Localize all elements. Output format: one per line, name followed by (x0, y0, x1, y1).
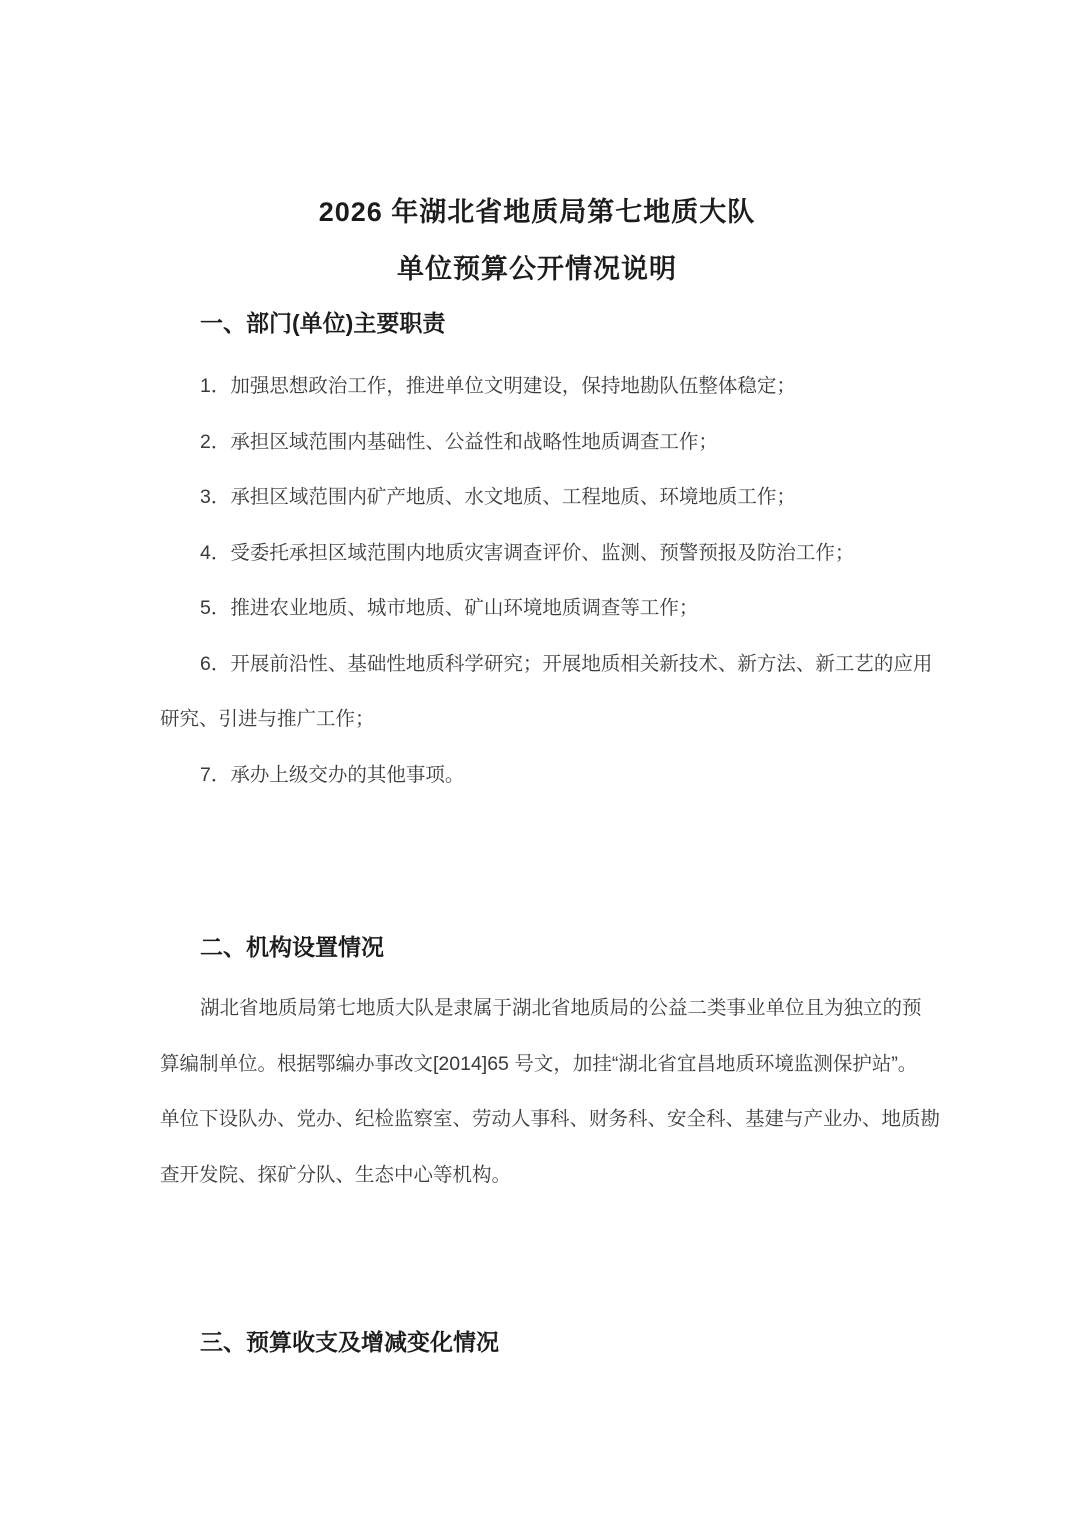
section-2-paragraph-line-3: 单位下设队办、党办、纪检监察室、劳动人事科、财务科、安全科、基建与产业办、地质勘 (160, 1103, 914, 1135)
section-1-item-4: 4．受委托承担区域范围内地质灾害调查评价、监测、预警预报及防治工作； (160, 537, 914, 569)
section-1-item-3: 3．承担区域范围内矿产地质、水文地质、工程地质、环境地质工作； (160, 481, 914, 513)
section-2-paragraph-line-2: 算编制单位。根据鄂编办事改文[2014]65 号文，加挂“湖北省宜昌地质环境监测… (160, 1048, 914, 1080)
section-1-item-6-line-1: 6．开展前沿性、基础性地质科学研究；开展地质相关新技术、新方法、新工艺的应用 (160, 648, 914, 680)
section-1-item-6-line-2: 研究、引进与推广工作； (160, 703, 914, 735)
budget-document-page: 2026 年湖北省地质局第七地质大队 单位预算公开情况说明 一、部门(单位)主要… (0, 0, 1074, 1520)
section-2-heading: 二、机构设置情况 (160, 931, 914, 963)
section-2-paragraph-line-4: 查开发院、探矿分队、生态中心等机构。 (160, 1159, 914, 1191)
section-1-item-5: 5．推进农业地质、城市地质、矿山环境地质调查等工作； (160, 592, 914, 624)
section-1-item-7: 7．承办上级交办的其他事项。 (160, 759, 914, 791)
section-1-item-2: 2．承担区域范围内基础性、公益性和战略性地质调查工作； (160, 426, 914, 458)
document-title-line2: 单位预算公开情况说明 (160, 251, 914, 287)
section-3-heading: 三、预算收支及增减变化情况 (160, 1326, 914, 1358)
document-title-line1: 2026 年湖北省地质局第七地质大队 (160, 194, 914, 230)
section-1-heading: 一、部门(单位)主要职责 (160, 307, 914, 339)
section-2-paragraph-line-1: 湖北省地质局第七地质大队是隶属于湖北省地质局的公益二类事业单位且为独立的预 (160, 992, 914, 1024)
section-1-item-1: 1．加强思想政治工作，推进单位文明建设，保持地勘队伍整体稳定； (160, 370, 914, 402)
